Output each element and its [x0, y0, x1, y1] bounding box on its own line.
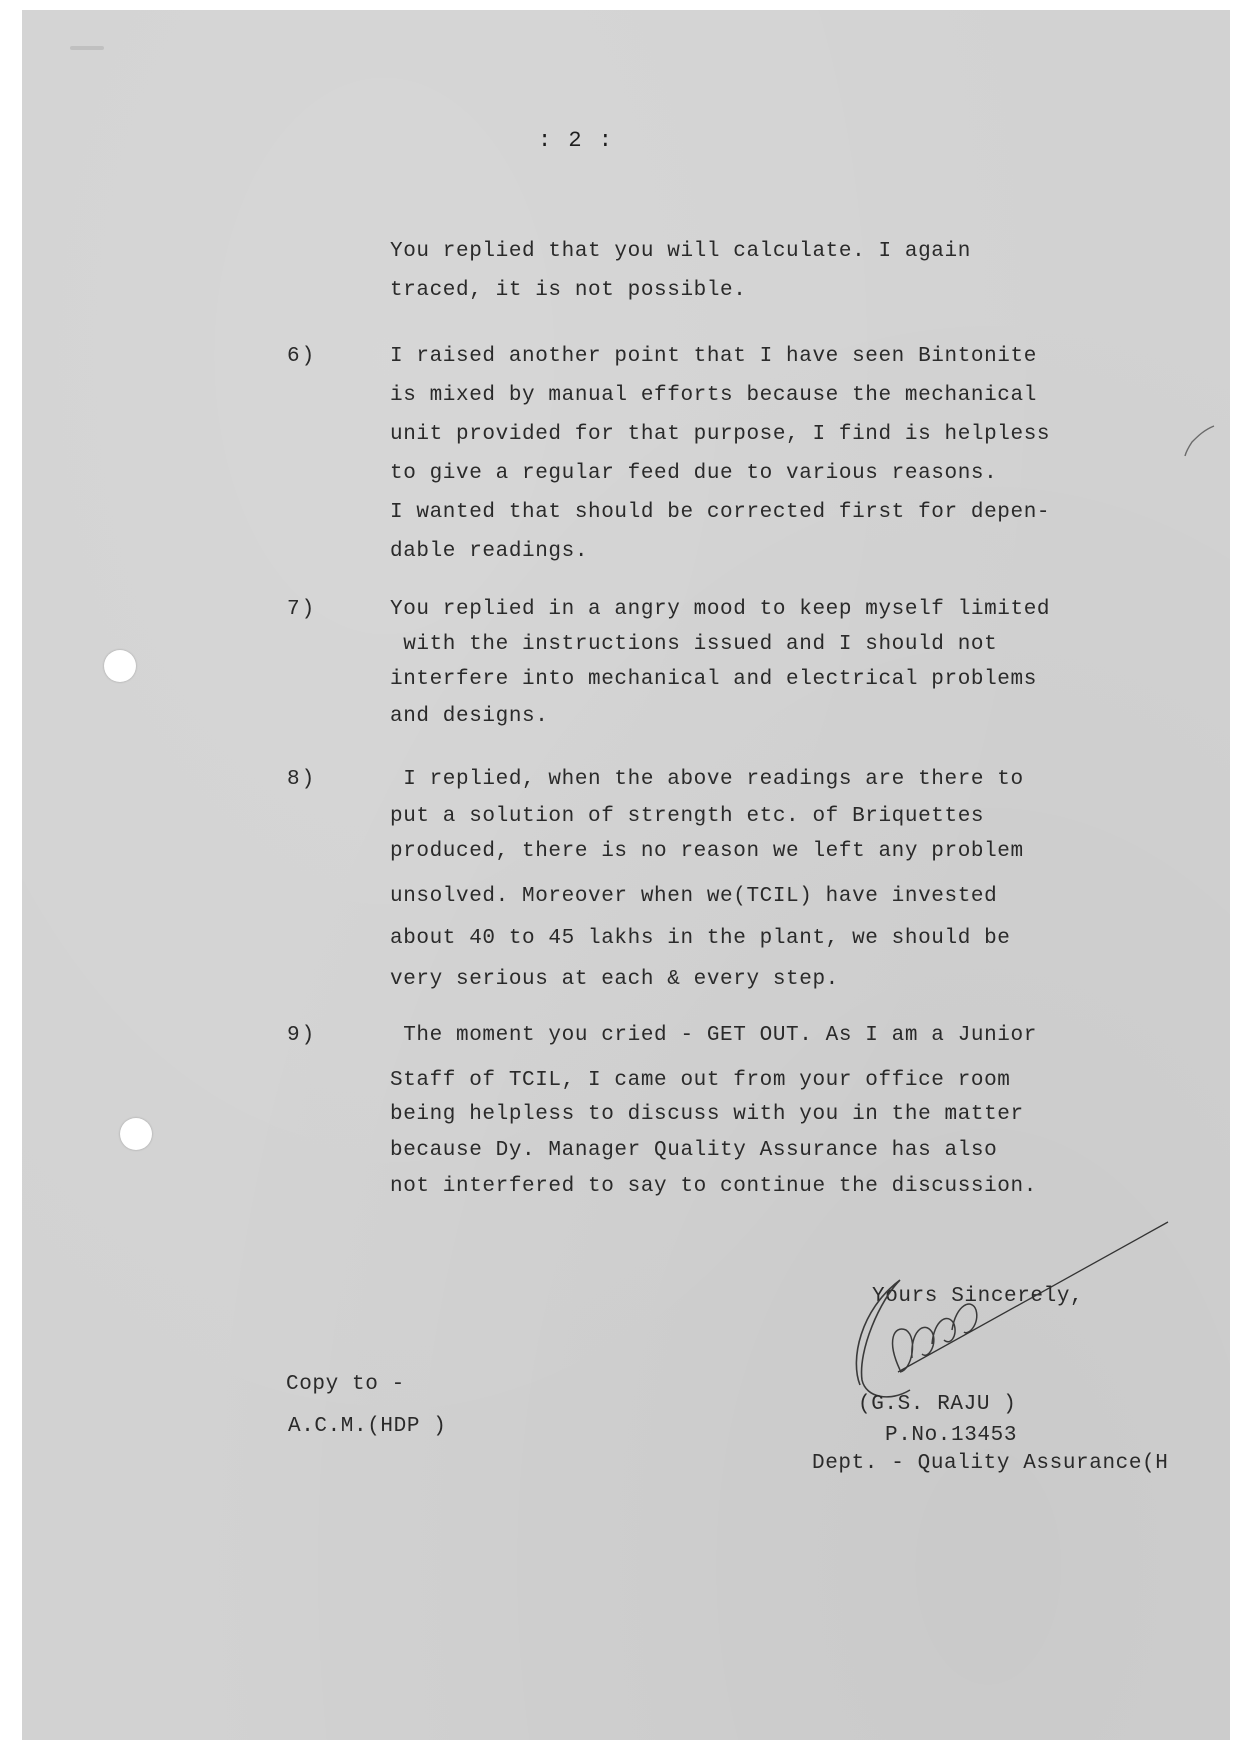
- item-line: and designs.: [390, 705, 548, 728]
- continuation-line: You replied that you will calculate. I a…: [390, 240, 971, 263]
- item-number: 7): [287, 598, 316, 621]
- copy-to-label: Copy to -: [286, 1373, 405, 1396]
- item-line: very serious at each & every step.: [390, 968, 839, 991]
- item-line: interfere into mechanical and electrical…: [390, 668, 1037, 691]
- personnel-number: P.No.13453: [885, 1424, 1017, 1447]
- department: Dept. - Quality Assurance(H: [812, 1452, 1168, 1475]
- item-line: I raised another point that I have seen …: [390, 345, 1037, 368]
- item-number: 6): [287, 345, 316, 368]
- item-line: about 40 to 45 lakhs in the plant, we sh…: [390, 927, 1011, 950]
- item-line: unit provided for that purpose, I find i…: [390, 423, 1050, 446]
- continuation-line: traced, it is not possible.: [390, 279, 746, 302]
- item-line: with the instructions issued and I shoul…: [390, 633, 997, 656]
- stray-pen-mark-icon: [1182, 420, 1216, 460]
- item-line: The moment you cried - GET OUT. As I am …: [390, 1024, 1037, 1047]
- scanned-page: [22, 10, 1230, 1740]
- item-line: put a solution of strength etc. of Briqu…: [390, 805, 984, 828]
- item-line: You replied in a angry mood to keep myse…: [390, 598, 1050, 621]
- item-line: I wanted that should be corrected first …: [390, 501, 1050, 524]
- item-line: unsolved. Moreover when we(TCIL) have in…: [390, 885, 997, 908]
- item-number: 9): [287, 1024, 316, 1047]
- closing-salutation: Yours Sincerely,: [872, 1285, 1083, 1308]
- item-number: 8): [287, 768, 316, 791]
- punch-hole-icon: [120, 1118, 152, 1150]
- item-line: produced, there is no reason we left any…: [390, 840, 1024, 863]
- item-line: because Dy. Manager Quality Assurance ha…: [390, 1139, 997, 1162]
- item-line: not interfered to say to continue the di…: [390, 1175, 1037, 1198]
- scan-smudge: [70, 46, 104, 50]
- item-line: dable readings.: [390, 540, 588, 563]
- item-line: is mixed by manual efforts because the m…: [390, 384, 1037, 407]
- copy-to-recipient: A.C.M.(HDP ): [288, 1415, 446, 1438]
- item-line: I replied, when the above readings are t…: [390, 768, 1024, 791]
- punch-hole-icon: [104, 650, 136, 682]
- page-number: : 2 :: [538, 128, 614, 153]
- item-line: to give a regular feed due to various re…: [390, 462, 997, 485]
- item-line: being helpless to discuss with you in th…: [390, 1103, 1024, 1126]
- signatory-name: (G.S. RAJU ): [858, 1393, 1016, 1416]
- item-line: Staff of TCIL, I came out from your offi…: [390, 1069, 1011, 1092]
